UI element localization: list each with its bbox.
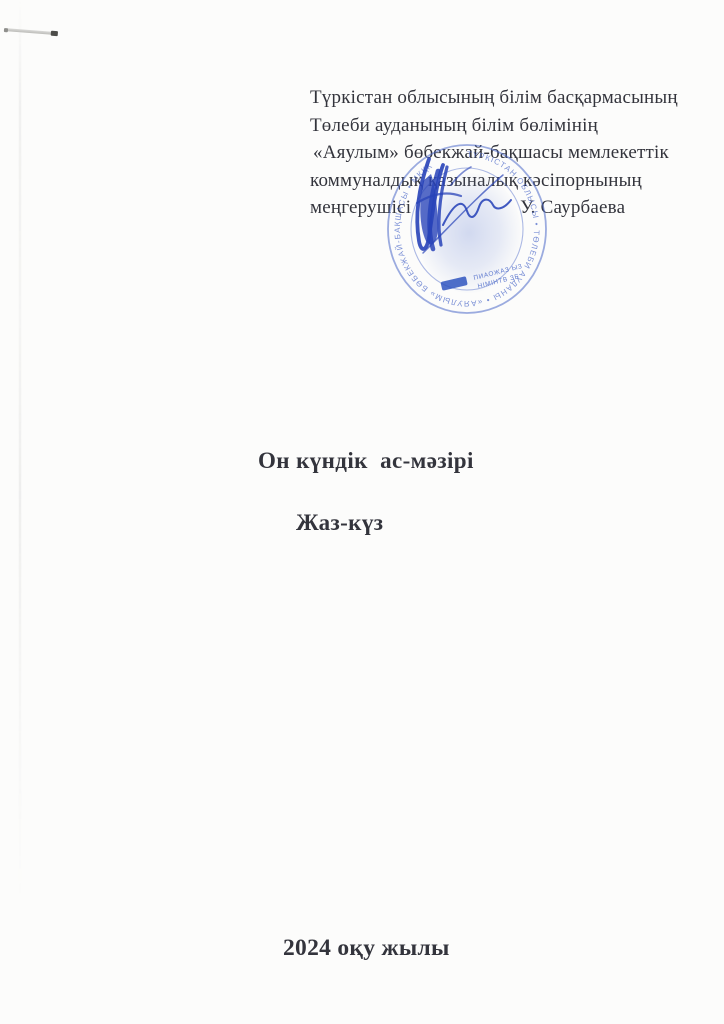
scanned-document-page: Түркістан облысының білім басқармасының … [0, 0, 724, 1024]
artifact-right-tip [51, 31, 58, 37]
artifact-left-tip [4, 28, 8, 32]
official-stamp: ТҮРКІСТАН ОБЛЫСЫ • ТӨЛЕБИ АУДАНЫ • «АЯУЛ… [383, 141, 553, 319]
document-title: Он күндік ас-мәзірі [258, 448, 474, 474]
scan-artifact-mark [4, 28, 57, 35]
school-year-label: 2024 оқу жылы [283, 935, 450, 962]
scan-crease-line [19, 0, 21, 900]
approval-line-2: Төлеби ауданының білім бөлімінің [310, 112, 660, 140]
season-subtitle: Жаз-күз [296, 510, 383, 536]
stamp-graphic: ТҮРКІСТАН ОБЛЫСЫ • ТӨЛЕБИ АУДАНЫ • «АЯУЛ… [383, 141, 553, 319]
approval-line-1: Түркістан облысының білім басқармасының [310, 84, 660, 112]
